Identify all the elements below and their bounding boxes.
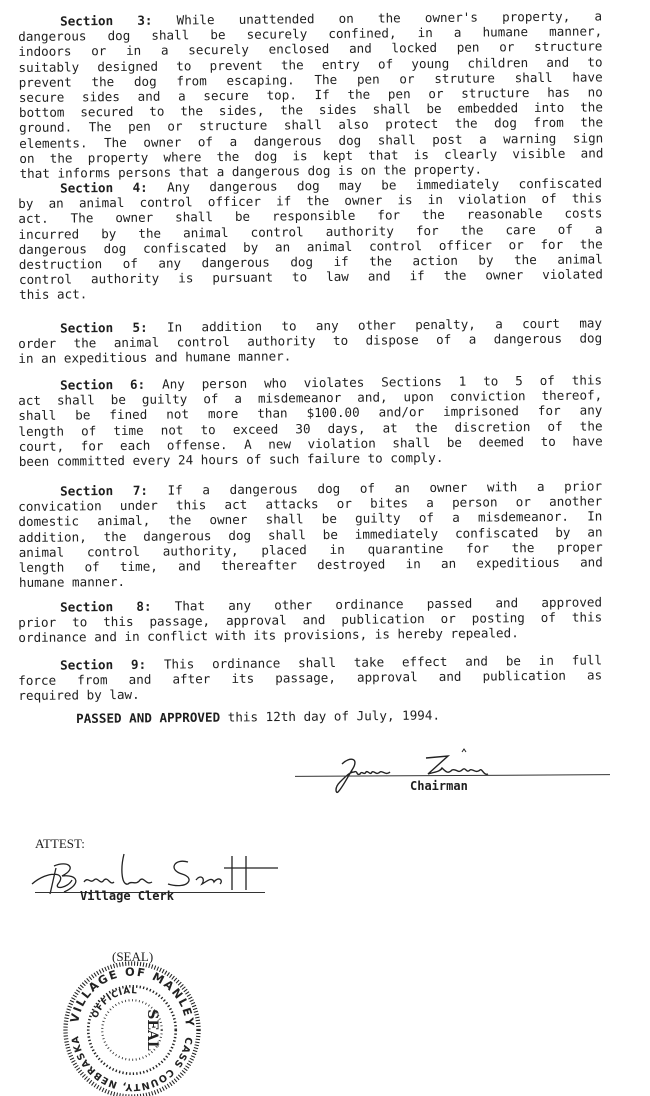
section-7-paragraph: Section 7: If a dangerous dog of an owne… — [18, 478, 603, 590]
passed-and-approved-line: PASSED AND APPROVED this 12th day of Jul… — [76, 708, 440, 726]
svg-text:VILLAGE OF MANLEY: VILLAGE OF MANLEY — [67, 965, 197, 1029]
clerk-title: Village Clerk — [80, 889, 174, 903]
section-text: been committed every 24 hours of such fa… — [19, 450, 444, 469]
section-5-paragraph: Section 5: In addition to any other pena… — [18, 315, 602, 366]
passed-date: this 12th day of July, 1994. — [220, 708, 440, 725]
section-label: Section 7: — [60, 483, 148, 499]
section-label: Section 5: — [60, 320, 148, 336]
section-label: Section 3: — [60, 13, 153, 29]
seal-outer-text-top: VILLAGE OF MANLEY — [67, 965, 197, 1029]
section-text: in an expeditious and humane manner. — [18, 349, 291, 367]
section-text: required by law. — [18, 687, 139, 703]
section-label: Section 6: — [60, 377, 145, 393]
section-6-paragraph: Section 6: Any person who violates Secti… — [18, 372, 603, 469]
section-text: humane manner. — [19, 574, 125, 590]
section-label: Section 4: — [60, 180, 148, 196]
chairman-title: Chairman — [410, 779, 468, 793]
section-label: Section 9: — [60, 657, 146, 673]
section-label: Section 8: — [60, 599, 152, 615]
section-8-paragraph: Section 8: That any other ordinance pass… — [18, 594, 602, 645]
official-seal-stamp: VILLAGE OF MANLEY CASS COUNTY, NEBRASKA … — [52, 960, 212, 1096]
seal-outer-text-bottom: CASS COUNTY, NEBRASKA — [70, 1035, 194, 1093]
seal-center-text: SEAL — [144, 1009, 160, 1051]
section-4-paragraph: Section 4: Any dangerous dog may be imme… — [18, 175, 603, 302]
section-3-paragraph: Section 3: While unattended on the owner… — [18, 8, 604, 181]
ordinance-page: Section 3: While unattended on the owner… — [0, 0, 650, 1096]
section-9-paragraph: Section 9: This ordinance shall take eff… — [18, 652, 602, 703]
passed-label: PASSED AND APPROVED — [76, 710, 220, 726]
svg-text:CASS COUNTY, NEBRASKA: CASS COUNTY, NEBRASKA — [70, 1035, 194, 1093]
section-text: this act. — [19, 287, 87, 303]
